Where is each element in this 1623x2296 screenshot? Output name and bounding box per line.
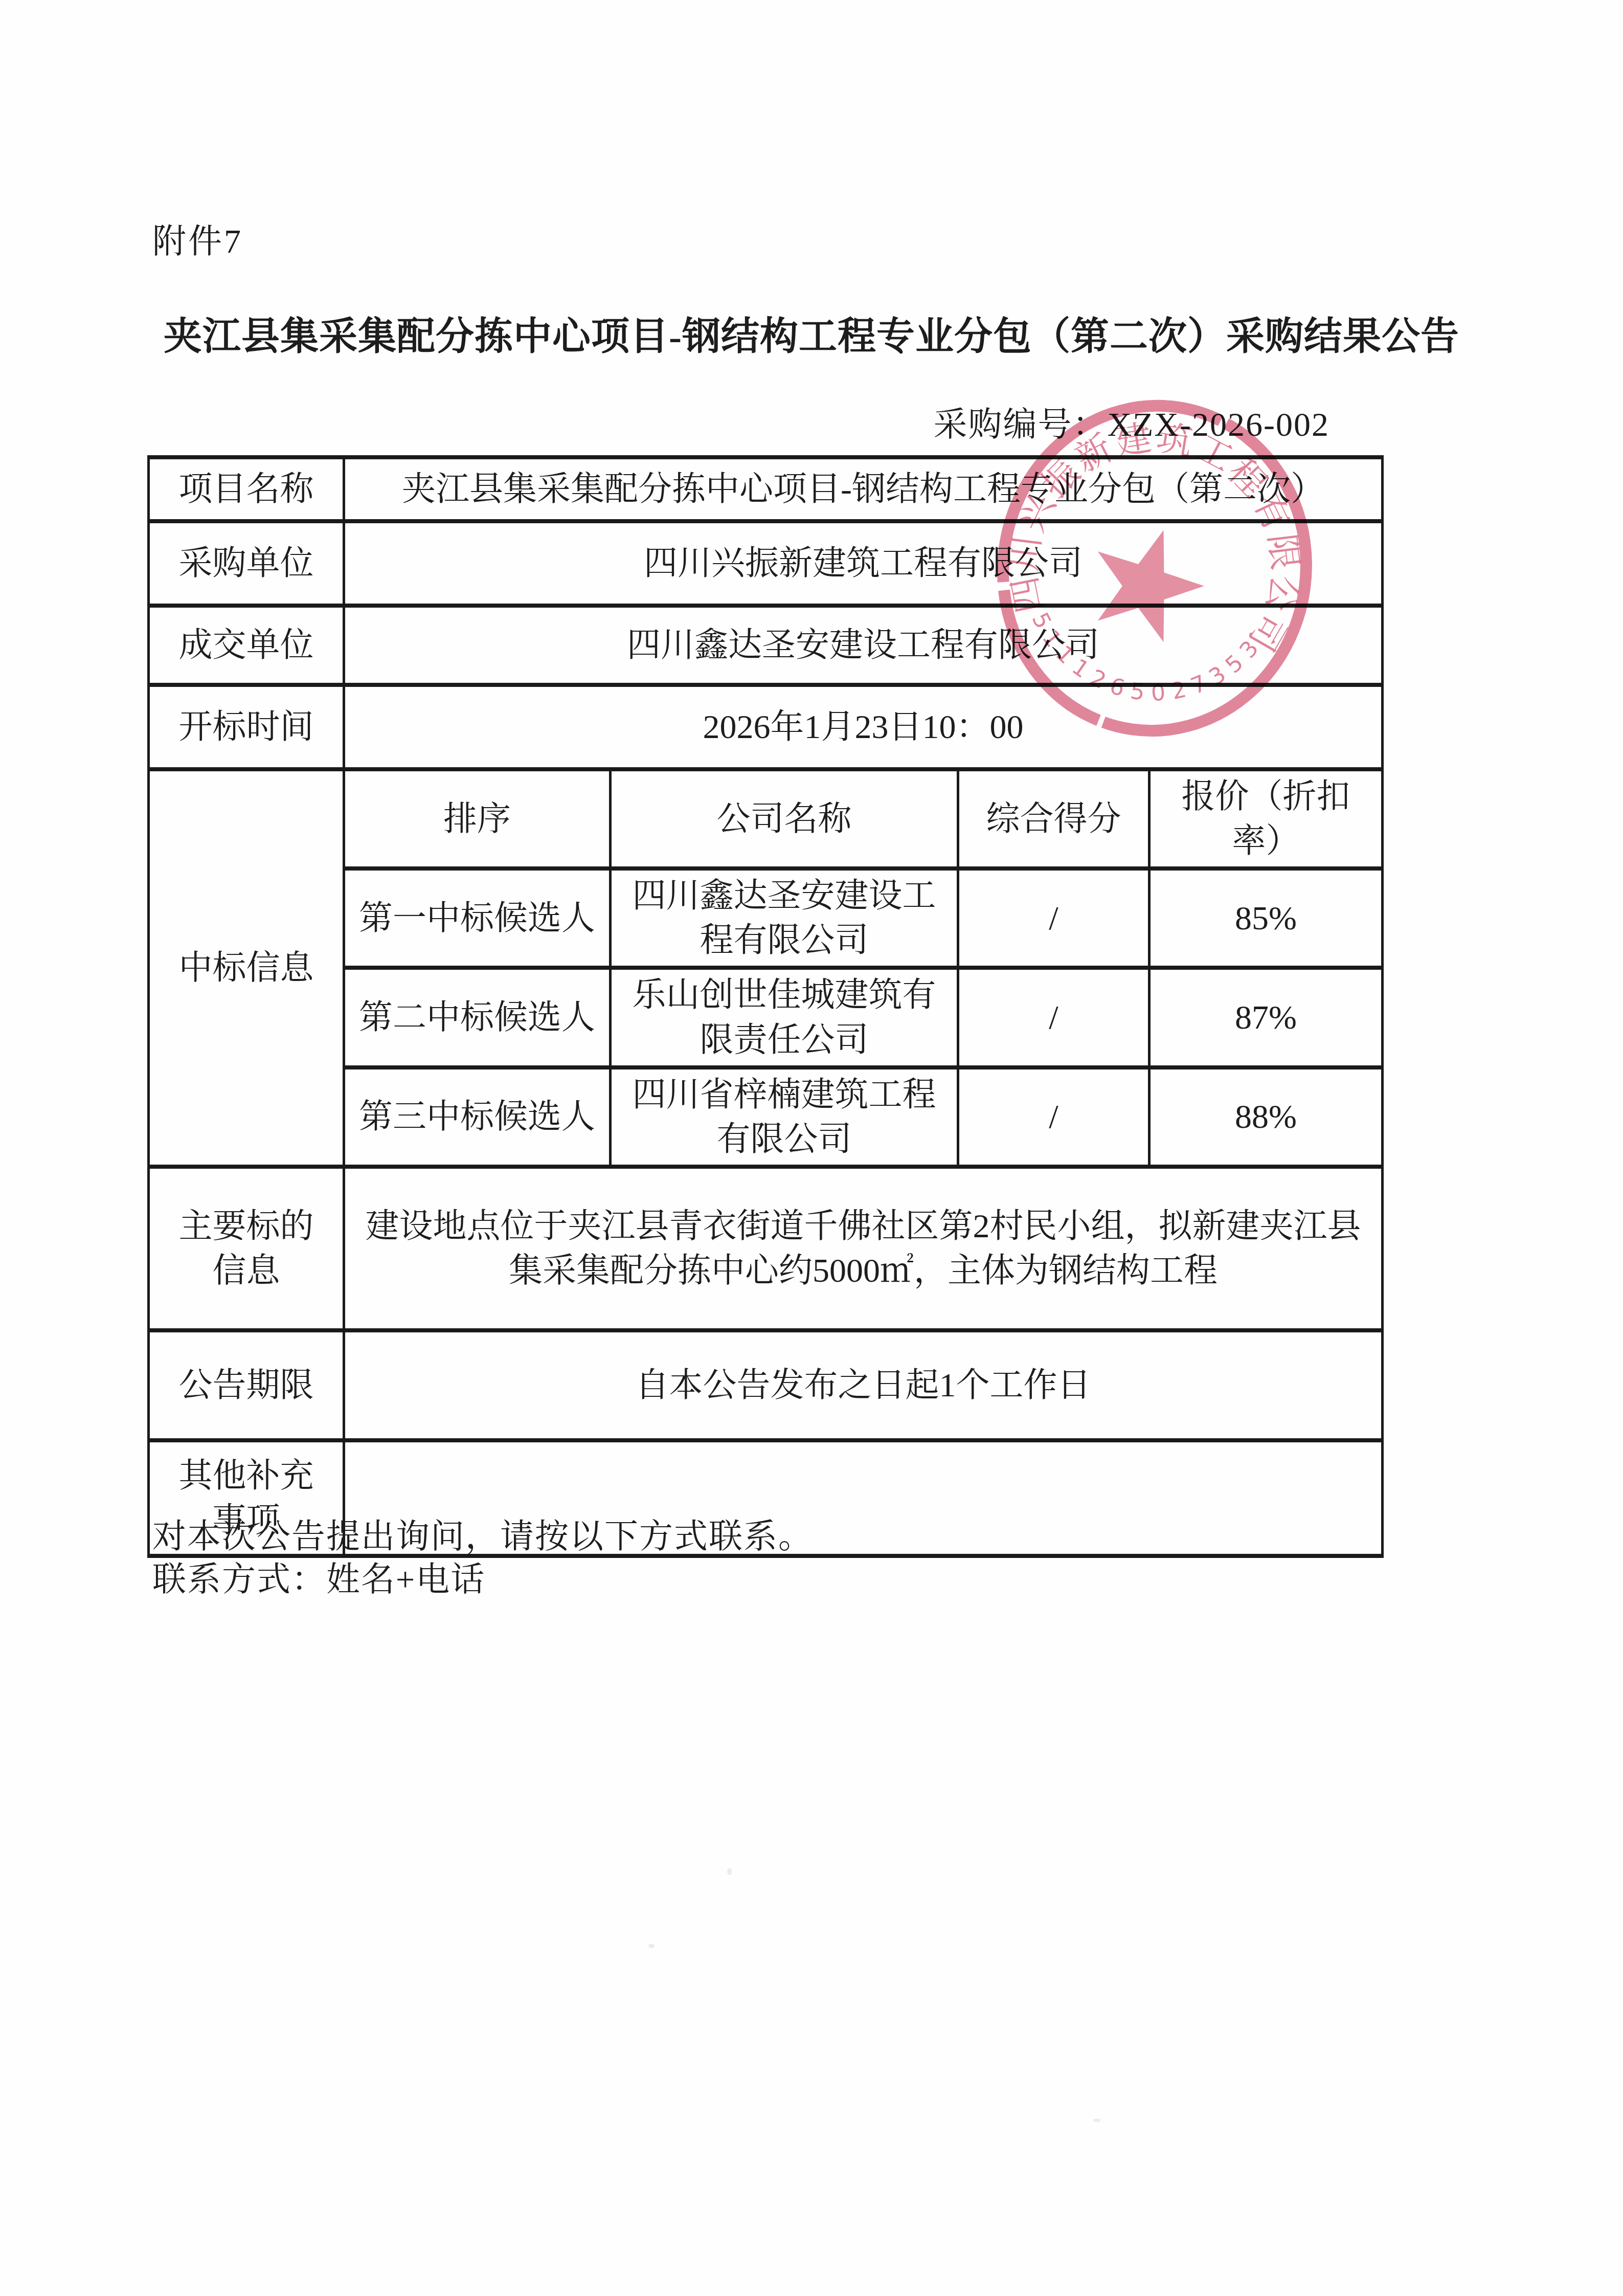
row-label-purchaser: 采购单位 <box>149 521 344 606</box>
col-header-score: 综合得分 <box>958 769 1149 868</box>
table-row: 项目名称 夹江县集采集配分拣中心项目-钢结构工程专业分包（第二次） <box>149 457 1383 521</box>
subject-info-value: 建设地点位于夹江县青衣街道千佛社区第2村民小组，拟新建夹江县集采集配分拣中心约5… <box>344 1167 1383 1330</box>
candidate-score: / <box>958 1067 1149 1167</box>
contact-method: 联系方式：姓名+电话 <box>152 1552 485 1600</box>
scanned-document-page: { "page": { "attachment": "附件7", "title"… <box>0 0 1623 2296</box>
row-label-project-name: 项目名称 <box>149 457 344 521</box>
attachment-label: 附件7 <box>152 214 243 262</box>
candidate-score: / <box>958 968 1149 1067</box>
col-header-company: 公司名称 <box>611 769 958 868</box>
table-row: 成交单位 四川鑫达圣安建设工程有限公司 <box>149 606 1383 685</box>
winner-value: 四川鑫达圣安建设工程有限公司 <box>344 606 1383 685</box>
bid-info-header-row: 中标信息 排序 公司名称 综合得分 报价（折扣率） <box>149 769 1383 868</box>
scan-speck <box>648 1944 655 1948</box>
candidate-quote: 88% <box>1149 1067 1383 1167</box>
page-title: 夹江县集采集配分拣中心项目-钢结构工程专业分包（第二次）采购结果公告 <box>0 306 1623 361</box>
candidate-rank: 第一中标候选人 <box>344 868 611 968</box>
table-row: 开标时间 2026年1月23日10：00 <box>149 685 1383 769</box>
bid-opening-time-value: 2026年1月23日10：00 <box>344 685 1383 769</box>
candidate-company: 四川鑫达圣安建设工程有限公司 <box>611 868 958 968</box>
table-row: 采购单位 四川兴振新建筑工程有限公司 <box>149 521 1383 606</box>
project-name-value: 夹江县集采集配分拣中心项目-钢结构工程专业分包（第二次） <box>344 457 1383 521</box>
candidate-rank: 第三中标候选人 <box>344 1067 611 1167</box>
row-label-winner: 成交单位 <box>149 606 344 685</box>
candidate-quote: 85% <box>1149 868 1383 968</box>
col-header-quote: 报价（折扣率） <box>1149 769 1383 868</box>
purchaser-value: 四川兴振新建筑工程有限公司 <box>344 521 1383 606</box>
candidate-quote: 87% <box>1149 968 1383 1067</box>
col-header-rank: 排序 <box>344 769 611 868</box>
candidate-company: 四川省梓楠建筑工程有限公司 <box>611 1067 958 1167</box>
scan-speck <box>1093 2119 1100 2122</box>
procurement-number: 采购编号：XZX-2026-002 <box>767 397 1329 445</box>
candidate-company: 乐山创世佳城建筑有限责任公司 <box>611 968 958 1067</box>
scan-speck <box>727 1868 732 1875</box>
candidate-score: / <box>958 868 1149 968</box>
contact-note: 对本次公告提出询问，请按以下方式联系。 <box>152 1509 813 1557</box>
row-label-subject-info: 主要标的 信息 <box>149 1167 344 1330</box>
row-label-bid-info: 中标信息 <box>149 769 344 1167</box>
row-label-bid-opening-time: 开标时间 <box>149 685 344 769</box>
notice-period-value: 自本公告发布之日起1个工作日 <box>344 1330 1383 1440</box>
result-table: 项目名称 夹江县集采集配分拣中心项目-钢结构工程专业分包（第二次） 采购单位 四… <box>147 455 1384 1558</box>
table-row: 公告期限 自本公告发布之日起1个工作日 <box>149 1330 1383 1440</box>
table-row: 主要标的 信息 建设地点位于夹江县青衣街道千佛社区第2村民小组，拟新建夹江县集采… <box>149 1167 1383 1330</box>
candidate-rank: 第二中标候选人 <box>344 968 611 1067</box>
row-label-notice-period: 公告期限 <box>149 1330 344 1440</box>
